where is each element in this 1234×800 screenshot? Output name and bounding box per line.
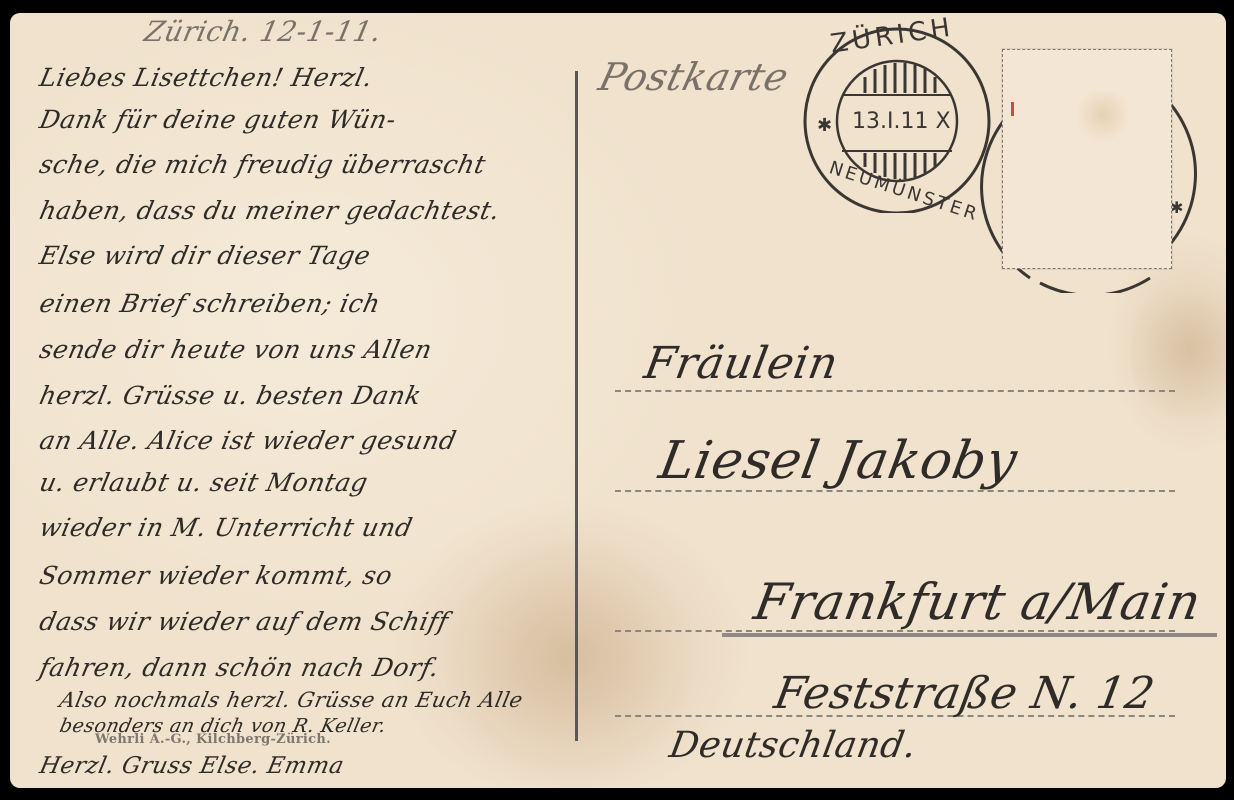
removed-stamp-area xyxy=(1002,49,1172,269)
address-salutation: Fräulein xyxy=(641,338,843,389)
message-line: Sommer wieder kommt, so xyxy=(37,561,395,590)
address-underline xyxy=(722,633,1217,637)
message-line: sende dir heute von uns Allen xyxy=(37,335,435,364)
message-line: einen Brief schreiben; ich xyxy=(37,289,383,318)
svg-text:✱: ✱ xyxy=(817,115,832,136)
address-country: Deutschland. xyxy=(666,725,920,766)
message-line: herzl. Grüsse u. besten Dank xyxy=(37,381,424,410)
message-line: sche, die mich freudig überrascht xyxy=(37,150,489,179)
message-address-divider xyxy=(575,71,578,741)
message-line: an Alle. Alice ist wieder gesund xyxy=(37,426,459,455)
foxing-stain xyxy=(1130,273,1226,433)
postmark-date: 13.I.11 X xyxy=(852,109,951,134)
message-line: Also nochmals herzl. Grüsse an Euch Alle xyxy=(57,688,525,712)
message-line: u. erlaubt u. seit Montag xyxy=(37,468,371,497)
message-line: dass wir wieder auf dem Schiff xyxy=(37,607,451,636)
postcard: Zürich. 12-1-11. Liebes Lisettchen! Herz… xyxy=(10,13,1226,788)
address-street: Feststraße N. 12 xyxy=(771,668,1159,719)
message-line: Else wird dir dieser Tage xyxy=(37,241,373,270)
message-line: Herzl. Gruss Else. Emma xyxy=(37,753,346,779)
message-date: Zürich. 12-1-11. xyxy=(141,15,384,48)
svg-text:✱: ✱ xyxy=(1170,198,1183,217)
address-line-1 xyxy=(615,390,1175,392)
stamp-remnant xyxy=(1011,102,1014,116)
message-line: Dank für deine guten Wün- xyxy=(37,105,399,134)
message-line: wieder in M. Unterricht und xyxy=(37,513,415,542)
message-line: Liebes Lisettchen! Herzl. xyxy=(37,63,376,92)
message-line: haben, dass du meiner gedachtest. xyxy=(37,196,503,225)
postkarte-heading: Postkarte xyxy=(595,55,794,99)
message-line: fahren, dann schön nach Dorf. xyxy=(37,653,442,682)
publisher-imprint: Wehrli A.-G., Kilchberg-Zürich. xyxy=(95,732,331,747)
water-stain xyxy=(440,533,700,788)
address-name: Liesel Jakoby xyxy=(655,431,1022,491)
address-city: Frankfurt a/Main xyxy=(750,573,1206,631)
